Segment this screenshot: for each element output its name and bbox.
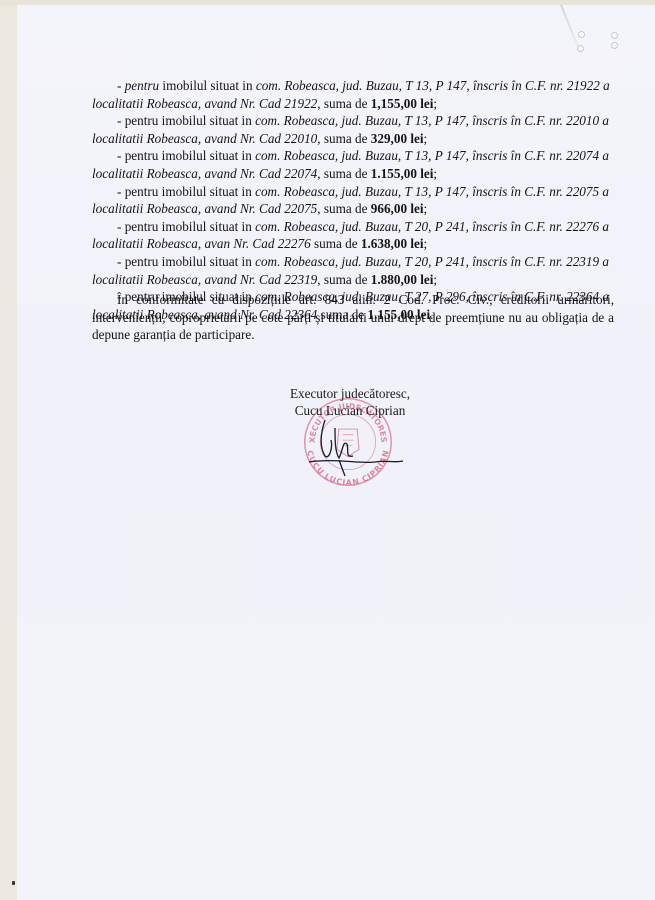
amount: 966,00 lei	[371, 201, 424, 216]
property-item: - pentru imobilul situat in com. Robeasc…	[92, 77, 614, 112]
signer-name: Cucu Lucian Ciprian	[270, 402, 430, 419]
amount: 1,155,00 lei	[371, 96, 434, 111]
signer-title: Executor judecătoresc,	[270, 385, 430, 402]
handwritten-signature	[305, 418, 405, 478]
property-item: - pentru imobilul situat in com. Robeasc…	[92, 112, 614, 147]
signature-block: Executor judecătoresc, Cucu Lucian Cipri…	[270, 385, 430, 419]
property-item: - pentru imobilul situat in com. Robeasc…	[92, 183, 614, 218]
punch-hole	[577, 45, 584, 52]
punch-hole	[578, 31, 585, 38]
amount: 329,00 lei	[371, 131, 424, 146]
property-item: - pentru imobilul situat in com. Robeasc…	[92, 218, 614, 253]
property-list: - pentru imobilul situat in com. Robeasc…	[92, 77, 614, 323]
property-item: - pentru imobilul situat in com. Robeasc…	[92, 147, 614, 182]
amount: 1.880,00 lei	[371, 272, 434, 287]
amount: 1.638,00 lei	[361, 236, 424, 251]
property-item: - pentru imobilul situat in com. Robeasc…	[92, 253, 614, 288]
punch-hole	[611, 32, 618, 39]
amount: 1.155,00 lei	[371, 166, 434, 181]
guarantee-paragraph: În conformitate cu dispozițiile art. 843…	[92, 291, 614, 344]
scan-speck	[12, 881, 15, 885]
punch-hole	[611, 42, 618, 49]
